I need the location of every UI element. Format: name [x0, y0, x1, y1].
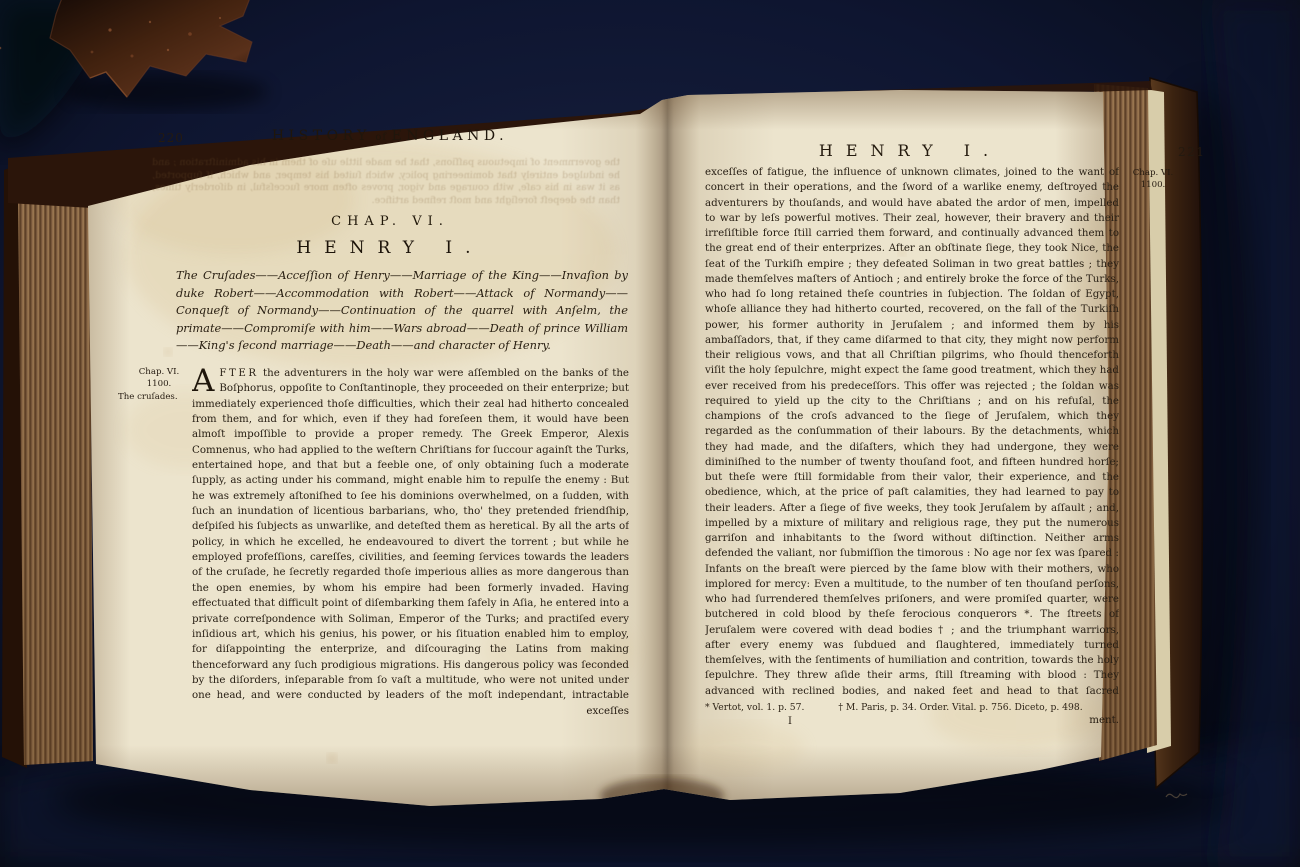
chapter-heading: CHAP. VI.	[150, 214, 630, 229]
margin-note-year: 1100.	[126, 379, 192, 391]
body-paragraph: the adventurers in the holy war were aſſ…	[192, 367, 629, 706]
right-page-number: 221	[1178, 145, 1205, 159]
running-title-word: of	[375, 132, 387, 143]
margin-note-chapter: Chap. VI.	[1120, 168, 1186, 180]
foxing-spot	[327, 753, 337, 763]
chapter-argument: The Cruſades——Acceſſion of Henry——Marria…	[176, 267, 628, 355]
footnote-paris: † M. Paris, p. 34. Order. Vital. p. 756.…	[838, 702, 1082, 713]
page-stain	[685, 724, 805, 772]
section-title: HENRY I.	[150, 238, 630, 258]
drop-cap: A	[192, 366, 219, 395]
photo-of-open-book: 220 HISTORY of ENGLAND. the government o…	[0, 0, 1300, 867]
running-title-word: ENGLAND.	[392, 128, 509, 144]
footnote-vertot: * Vertot, vol. 1. p. 57.	[705, 702, 804, 713]
foxing-spot	[164, 348, 172, 356]
margin-note-year: 1100.	[1120, 180, 1186, 192]
opening-word: FTER	[219, 367, 258, 379]
right-catchword: ment.	[705, 714, 1119, 726]
margin-note-chapter: Chap. VI.	[126, 367, 192, 379]
verso-show-through: the government of impetuous paſſions, th…	[152, 157, 620, 207]
left-body-text: AFTER the adventurers in the holy war we…	[192, 366, 629, 706]
right-running-title: HENRY I.	[700, 141, 1120, 160]
margin-note-crusades: The cruſades.	[118, 392, 194, 402]
footnotes: * Vertot, vol. 1. p. 57.† M. Paris, p. 3…	[705, 702, 1119, 713]
running-title-word: HISTORY	[272, 128, 371, 144]
right-margin-note: Chap. VI. 1100.	[1120, 168, 1186, 191]
right-body-text: exceſſes of fatigue, the influence of un…	[705, 165, 1119, 701]
left-catchword: exceſſes	[192, 705, 629, 717]
left-margin-note: Chap. VI. 1100.	[126, 367, 192, 390]
left-running-title: HISTORY of ENGLAND.	[150, 128, 630, 144]
